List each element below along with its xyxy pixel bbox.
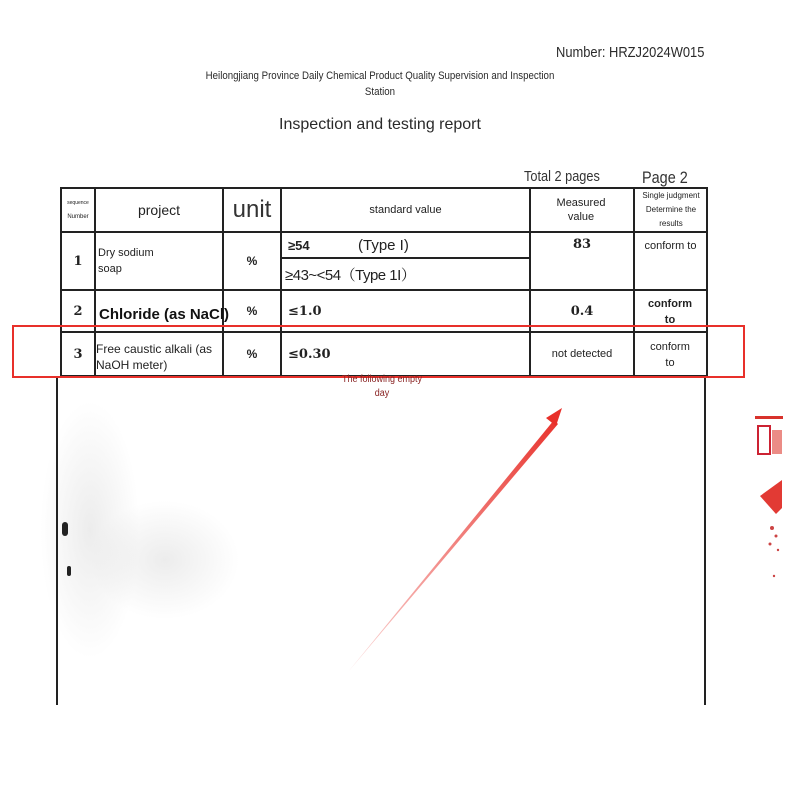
ink-mark xyxy=(62,522,68,536)
ink-mark xyxy=(67,566,71,576)
stamp-fragment-icon xyxy=(758,478,784,578)
report-page: Number: HRZJ2024W015 Heilongjiang Provin… xyxy=(0,0,800,800)
stamp-fragment-icon xyxy=(754,412,784,460)
arrow-annotation-icon xyxy=(0,0,800,800)
